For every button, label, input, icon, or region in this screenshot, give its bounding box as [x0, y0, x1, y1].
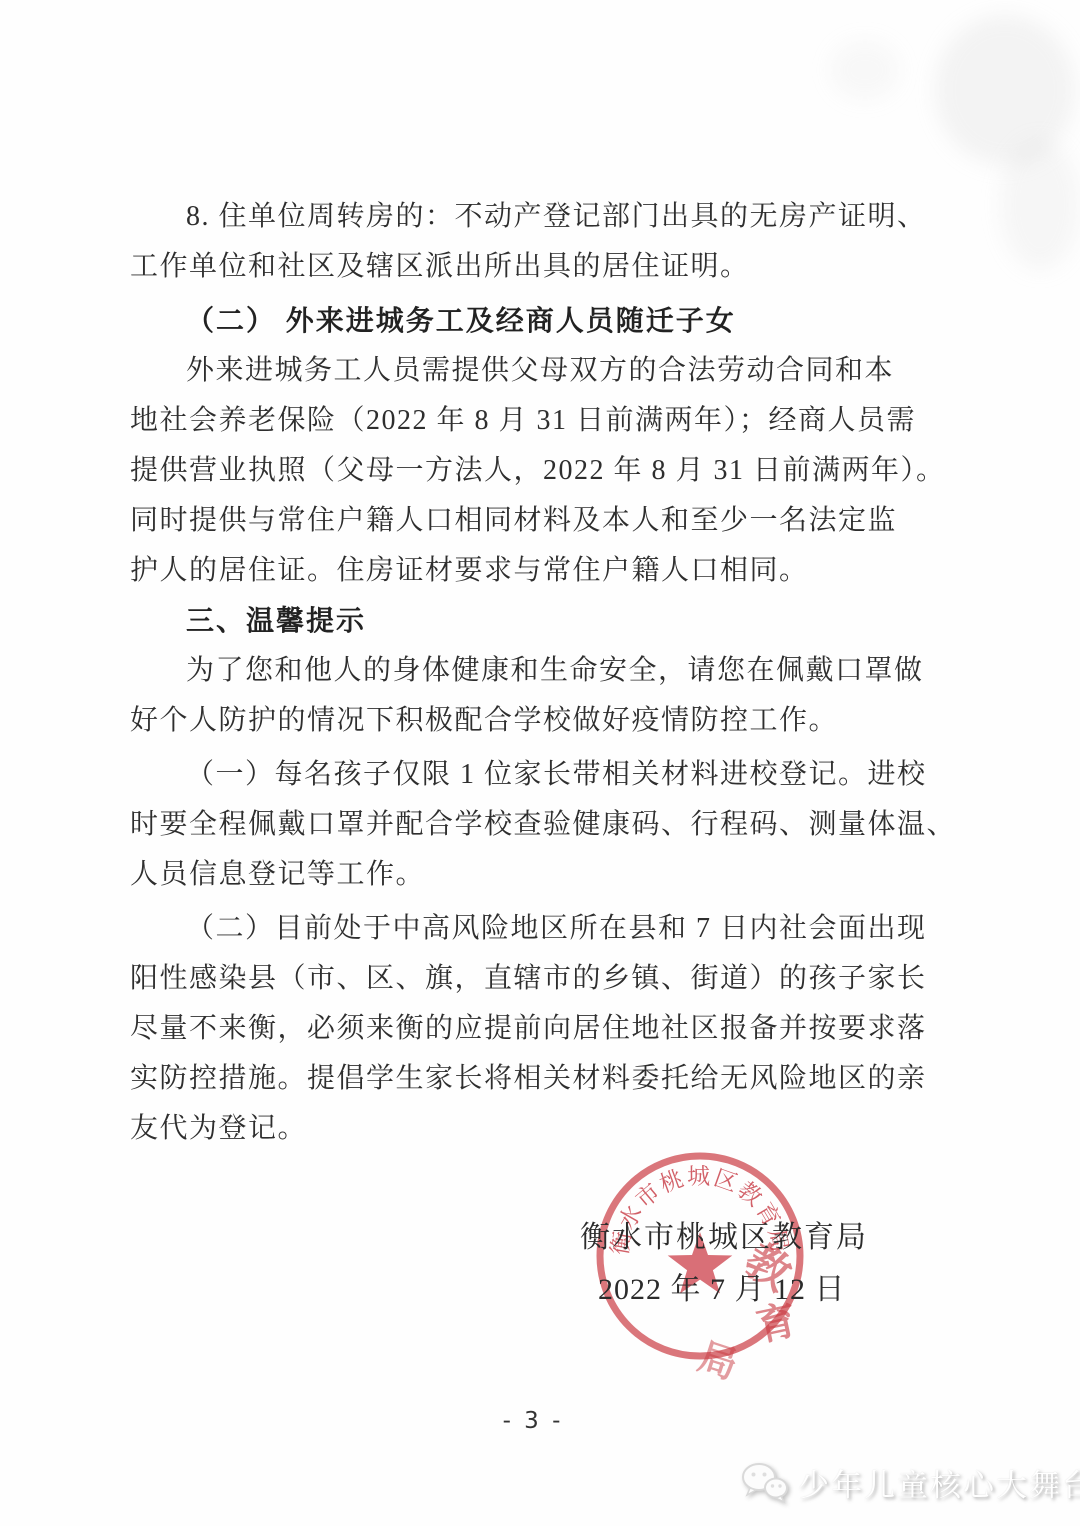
- page-number: - 3 -: [0, 1408, 1066, 1434]
- document-line: 同时提供与常住户籍人口相同材料及本人和至少一名法定监: [130, 496, 960, 546]
- watermark-label: 少年儿童核心大舞台: [798, 1460, 1080, 1505]
- scan-smudge: [1000, 140, 1080, 270]
- watermark: 少年儿童核心大舞台: [740, 1460, 1080, 1505]
- document-line: 好个人防护的情况下积极配合学校做好疫情防控工作。: [130, 696, 960, 746]
- wechat-icon: [740, 1461, 790, 1505]
- scan-smudge: [935, 15, 1075, 165]
- scan-smudge: [830, 40, 900, 100]
- document-body: 8. 住单位周转房的：不动产登记部门出具的无房产证明、 工作单位和社区及辖区派出…: [130, 192, 960, 1154]
- document-line: 尽量不来衡，必须来衡的应提前向居住地社区报备并按要求落: [130, 1004, 960, 1054]
- document-line: 为了您和他人的身体健康和生命安全，请您在佩戴口罩做: [130, 646, 960, 696]
- signature-organization: 衡水市桃城区教育局: [580, 1212, 868, 1256]
- document-line: 提供营业执照（父母一方法人，2022 年 8 月 31 日前满两年）。: [130, 446, 960, 496]
- scanned-document-page: 8. 住单位周转房的：不动产登记部门出具的无房产证明、 工作单位和社区及辖区派出…: [0, 0, 1080, 1526]
- document-line: （二）目前处于中高风险地区所在县和 7 日内社会面出现: [130, 904, 960, 954]
- document-line: 实防控措施。提倡学生家长将相关材料委托给无风险地区的亲: [130, 1054, 960, 1104]
- document-line: 外来进城务工人员需提供父母双方的合法劳动合同和本: [130, 346, 960, 396]
- document-line: 时要全程佩戴口罩并配合学校查验健康码、行程码、测量体温、: [130, 800, 960, 850]
- document-line: 8. 住单位周转房的：不动产登记部门出具的无房产证明、: [130, 192, 960, 242]
- signature-date: 2022 年 7 月 12 日: [598, 1264, 846, 1308]
- document-line: （一）每名孩子仅限 1 位家长带相关材料进校登记。进校: [130, 750, 960, 800]
- document-line: 工作单位和社区及辖区派出所出具的居住证明。: [130, 242, 960, 292]
- document-line: 人员信息登记等工作。: [130, 850, 960, 900]
- section-heading: 三、温馨提示: [130, 596, 960, 646]
- document-line: 友代为登记。: [130, 1104, 960, 1154]
- section-heading: （二） 外来进城务工及经商人员随迁子女: [130, 296, 960, 346]
- document-line: 地社会养老保险（2022 年 8 月 31 日前满两年）；经商人员需: [130, 396, 960, 446]
- document-line: 阳性感染县（市、区、旗，直辖市的乡镇、街道）的孩子家长: [130, 954, 960, 1004]
- document-line: 护人的居住证。住房证材要求与常住户籍人口相同。: [130, 546, 960, 596]
